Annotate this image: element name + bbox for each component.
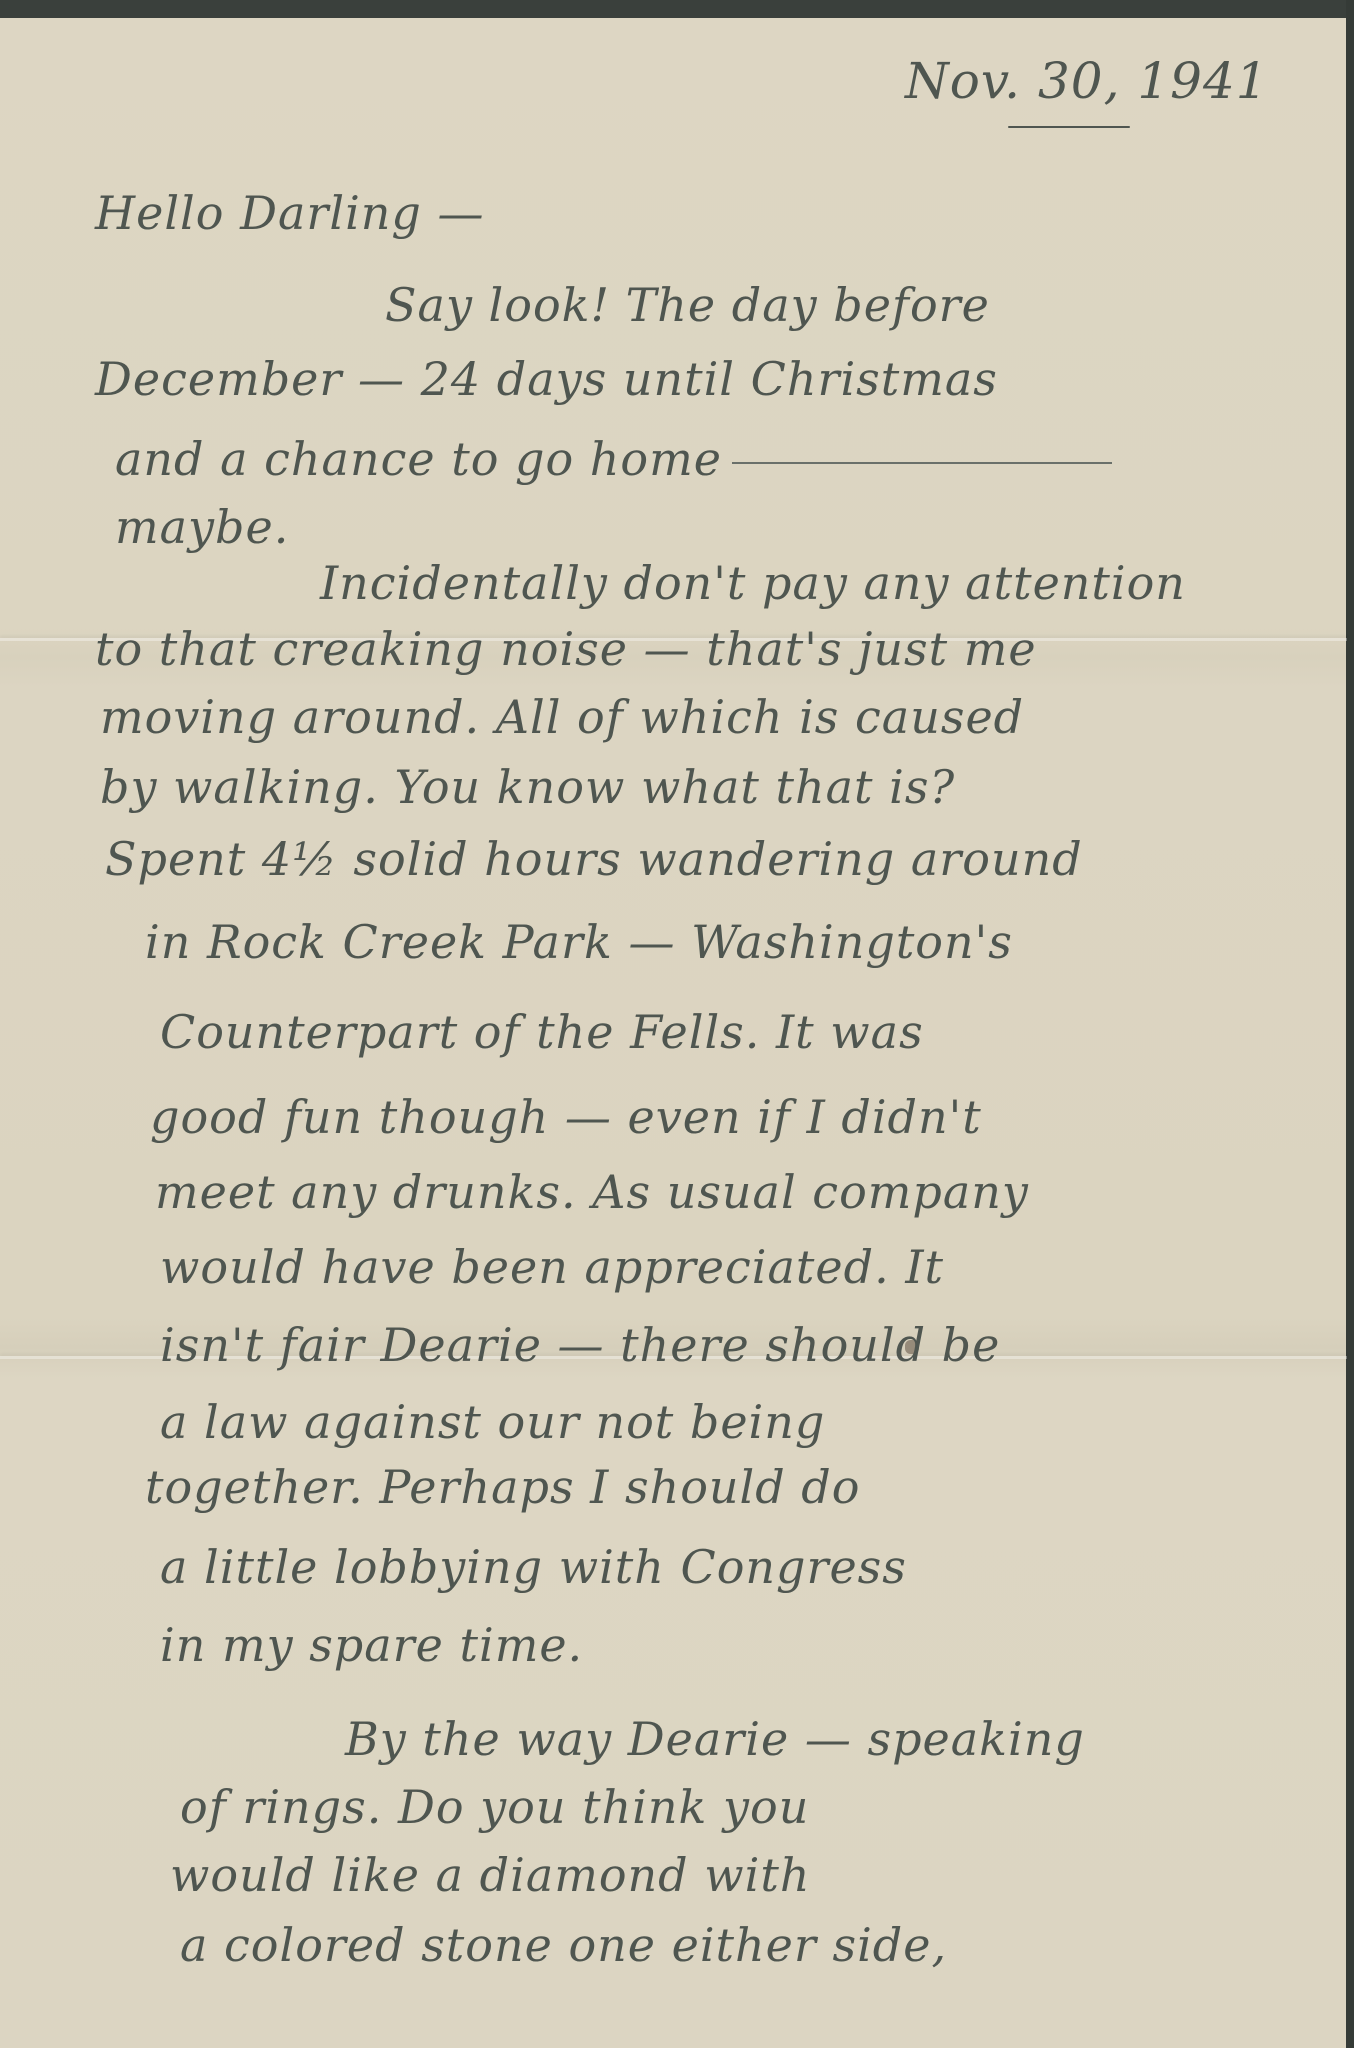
letter-line: of rings. Do you think you: [180, 1780, 809, 1834]
letter-date: Nov. 30, 1941: [905, 52, 1269, 110]
letter-line: together. Perhaps I should do: [145, 1460, 860, 1514]
letter-line: would like a diamond with: [170, 1848, 810, 1902]
letter-line: good fun though — even if I didn't: [150, 1090, 982, 1144]
letter-line: in my spare time.: [160, 1618, 583, 1672]
letter-line: in Rock Creek Park — Washington's: [145, 915, 1013, 969]
letter-line: meet any drunks. As usual company: [155, 1165, 1029, 1219]
letter-line: maybe.: [115, 500, 289, 554]
letter-line: a colored stone one either side,: [180, 1918, 947, 1972]
letter-line: a little lobbying with Congress: [160, 1540, 907, 1594]
salutation: Hello Darling —: [95, 186, 485, 240]
letter-line: By the way Dearie — speaking: [345, 1712, 1085, 1766]
letter-line: Incidentally don't pay any attention: [320, 556, 1186, 610]
scan-border-right: [1346, 0, 1354, 2048]
letter-line: by walking. You know what that is?: [100, 760, 955, 814]
letter-line: Say look! The day before: [385, 278, 990, 332]
letter-line: Spent 4½ solid hours wandering around: [105, 832, 1083, 886]
long-dash: [732, 462, 1112, 464]
letter-line: Counterpart of the Fells. It was: [160, 1005, 924, 1059]
letter-line: would have been appreciated. It: [160, 1240, 944, 1294]
letter-line: to that creaking noise — that's just me: [95, 622, 1037, 676]
letter-line: isn't fair Dearie — there should be: [160, 1318, 1000, 1372]
letter-line: and a chance to go home: [115, 432, 1112, 486]
letter-line: a law against our not being: [160, 1395, 825, 1449]
date-underline: [1008, 126, 1130, 128]
letter-line: December — 24 days until Christmas: [95, 352, 998, 406]
letter-line: moving around. All of which is caused: [100, 690, 1024, 744]
